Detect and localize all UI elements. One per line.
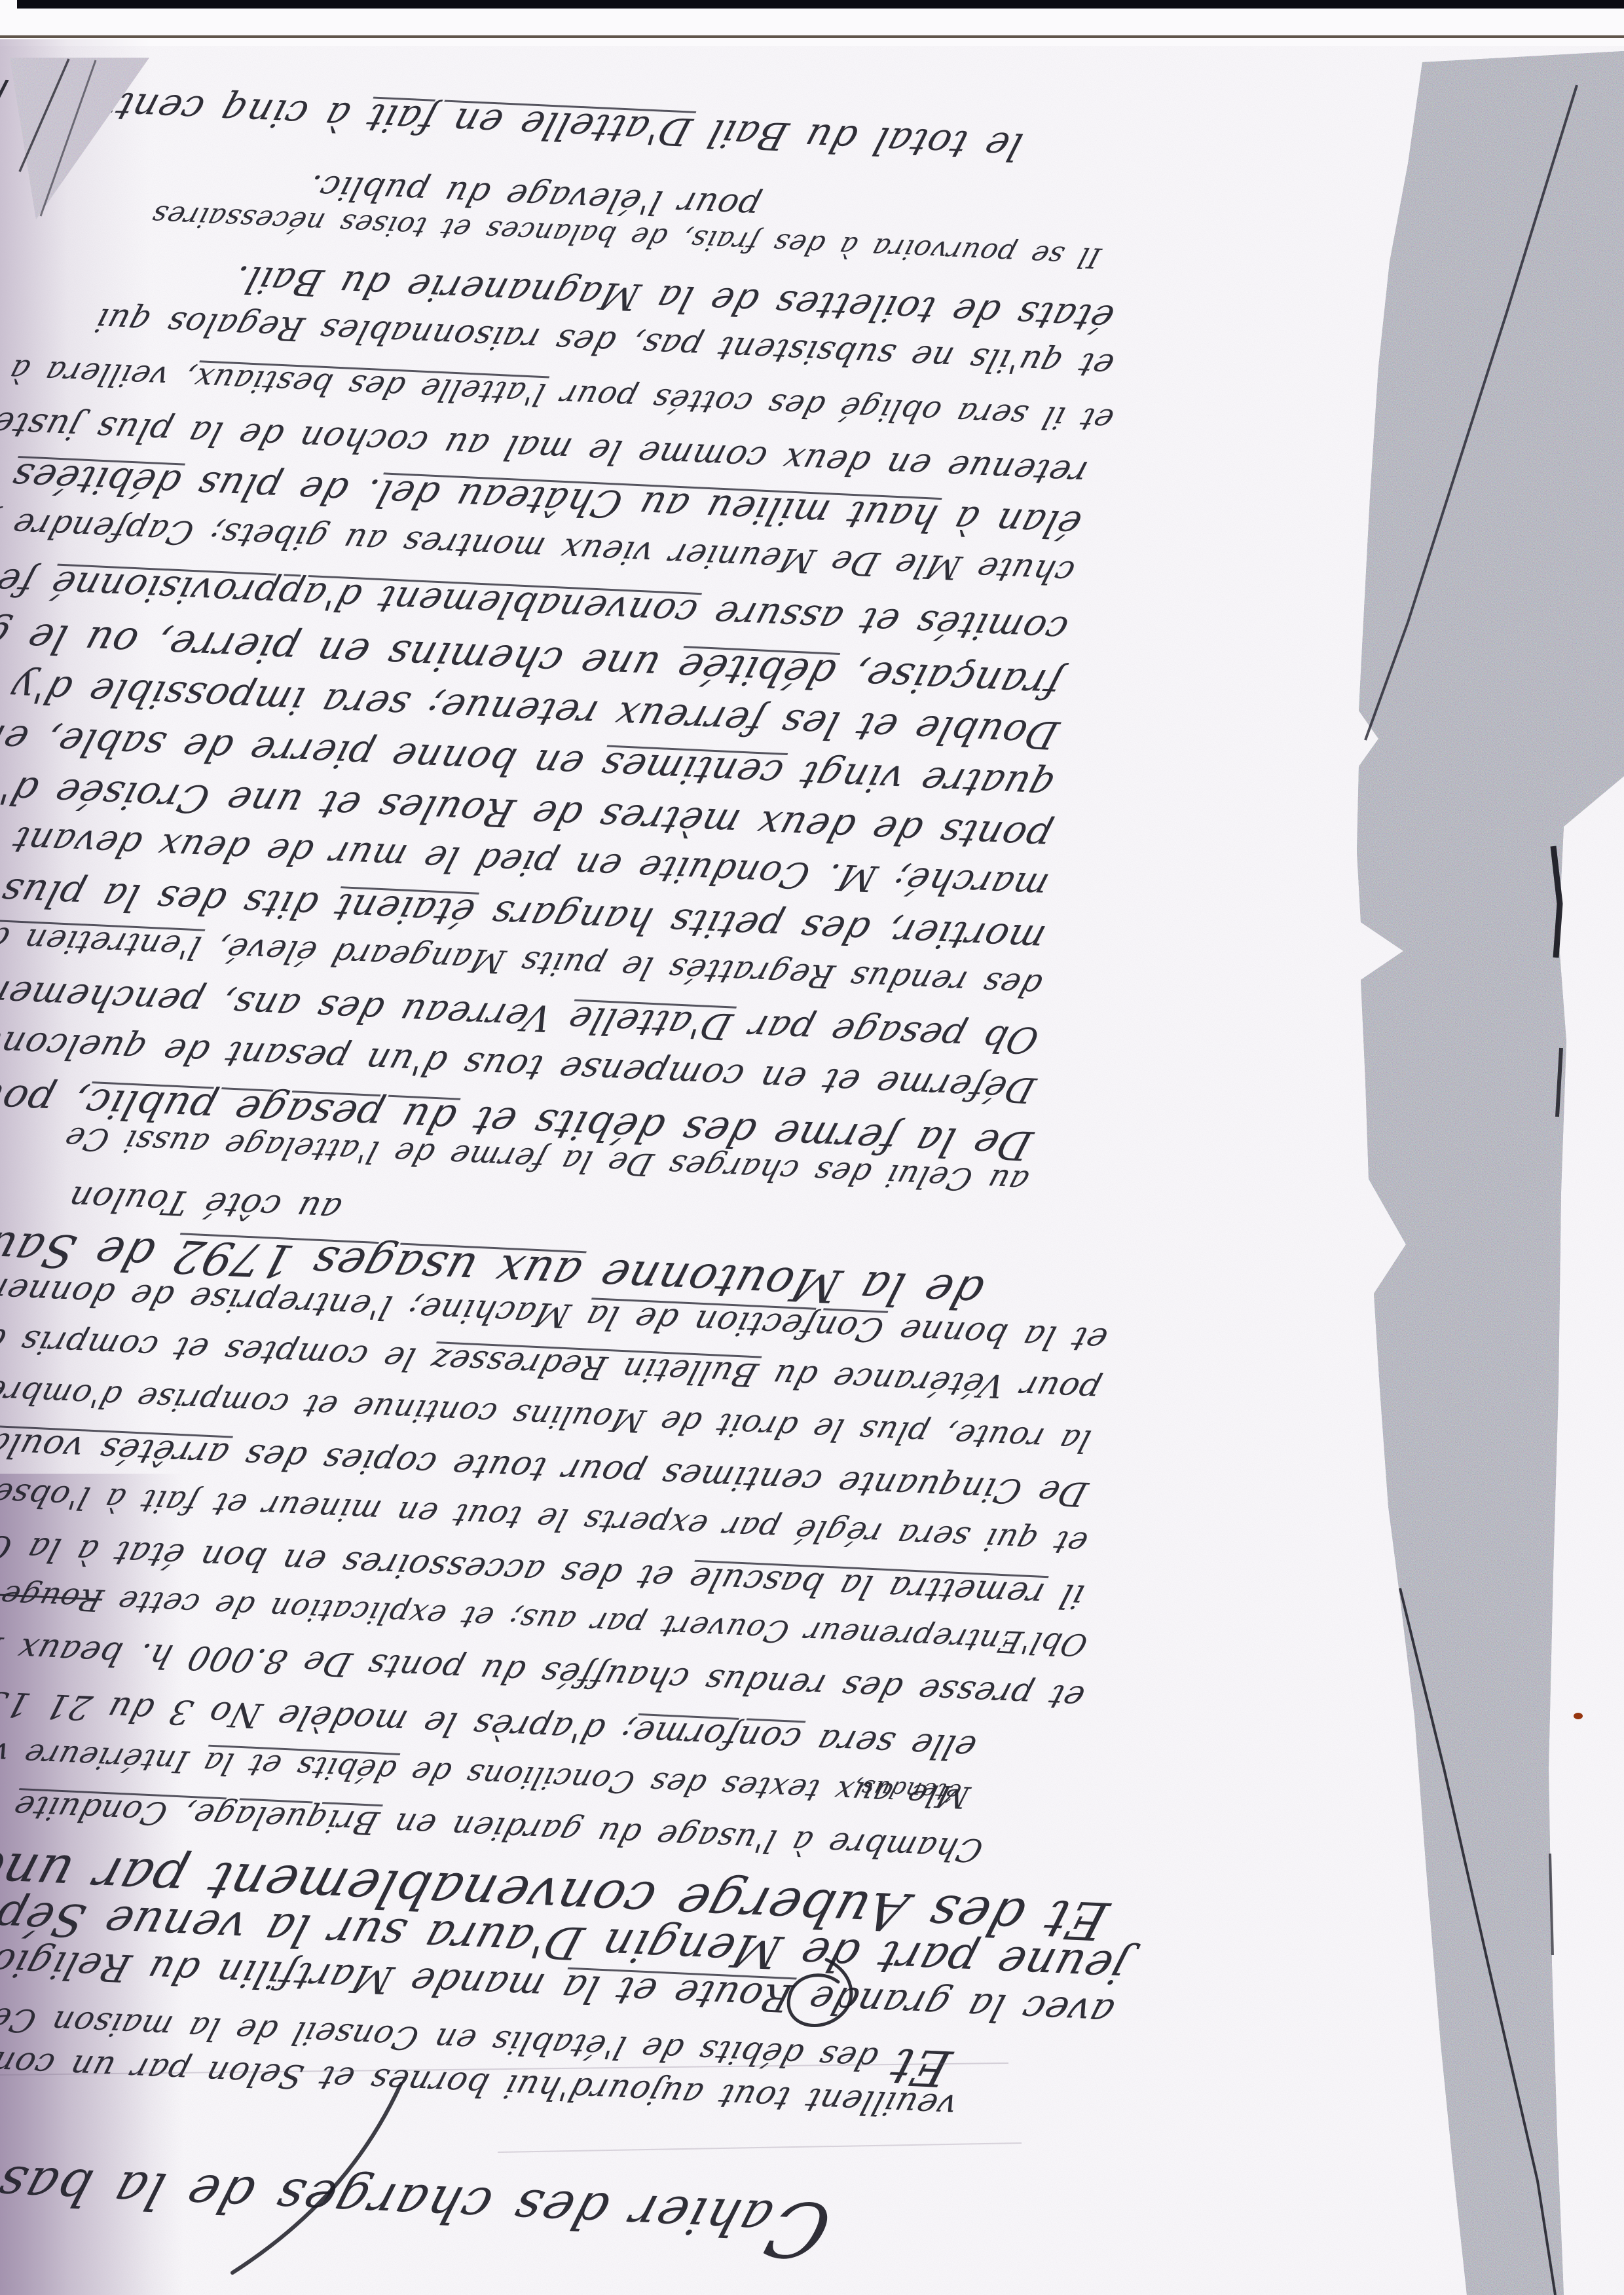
underlined-run: D'attelle — [563, 998, 737, 1047]
text-run: Intérieure veillant — [0, 1731, 208, 1780]
scanner-top-strip — [17, 0, 1624, 9]
handwriting-line: étendus, — [880, 1771, 966, 1810]
underlined-run: l'attelle des bestiaux — [189, 360, 549, 412]
text-run: pour Vétérance du — [750, 1356, 1105, 1409]
underlined-run: remettra la bascule — [684, 1559, 1049, 1614]
underlined-run: débitée — [671, 644, 841, 697]
underlined-run: débitées — [6, 455, 186, 506]
underlined-run: Route et la — [555, 1966, 797, 2021]
text-run: étendus, — [849, 1774, 965, 1805]
band-crease-line — [1400, 1588, 1555, 2295]
text-run: le total du Bail — [684, 110, 1027, 169]
band-edge-mark — [1557, 1048, 1561, 1117]
band-edge-mark — [1553, 846, 1560, 958]
band-edge-mark — [1550, 1854, 1553, 1955]
text-run: à cinq centimes par — [0, 76, 374, 140]
underlined-run: étaient — [328, 885, 479, 935]
underlined-run: débits et la — [198, 1745, 401, 1789]
faint-copier-streak — [498, 2143, 1022, 2152]
underlined-run: Bulletin Redressez — [426, 1341, 762, 1394]
scanned-document-page: le total du Bail D'attelle en fait à cin… — [0, 0, 1624, 2295]
text-run: et la bonne — [877, 1311, 1112, 1360]
page-edge-rule — [0, 35, 1624, 38]
handwriting-line: le total du Bail D'attelle en fait à cin… — [31, 74, 1029, 175]
text-run: , pour deux — [0, 1068, 93, 1125]
underlined-run: centimes — [595, 744, 788, 796]
scan-shadow-band — [1357, 51, 1624, 2295]
text-run: élan à — [929, 496, 1086, 547]
band-crease-line — [1365, 85, 1577, 740]
text-run: elle sera — [794, 1721, 981, 1767]
underlined-run: Confection de la — [580, 1297, 888, 1349]
underlined-run: conforme — [627, 1713, 806, 1759]
underlined-run: D'attelle en fait — [361, 96, 697, 155]
text-run: . de plus — [173, 462, 384, 515]
red-ink-fleck — [1574, 1713, 1583, 1719]
